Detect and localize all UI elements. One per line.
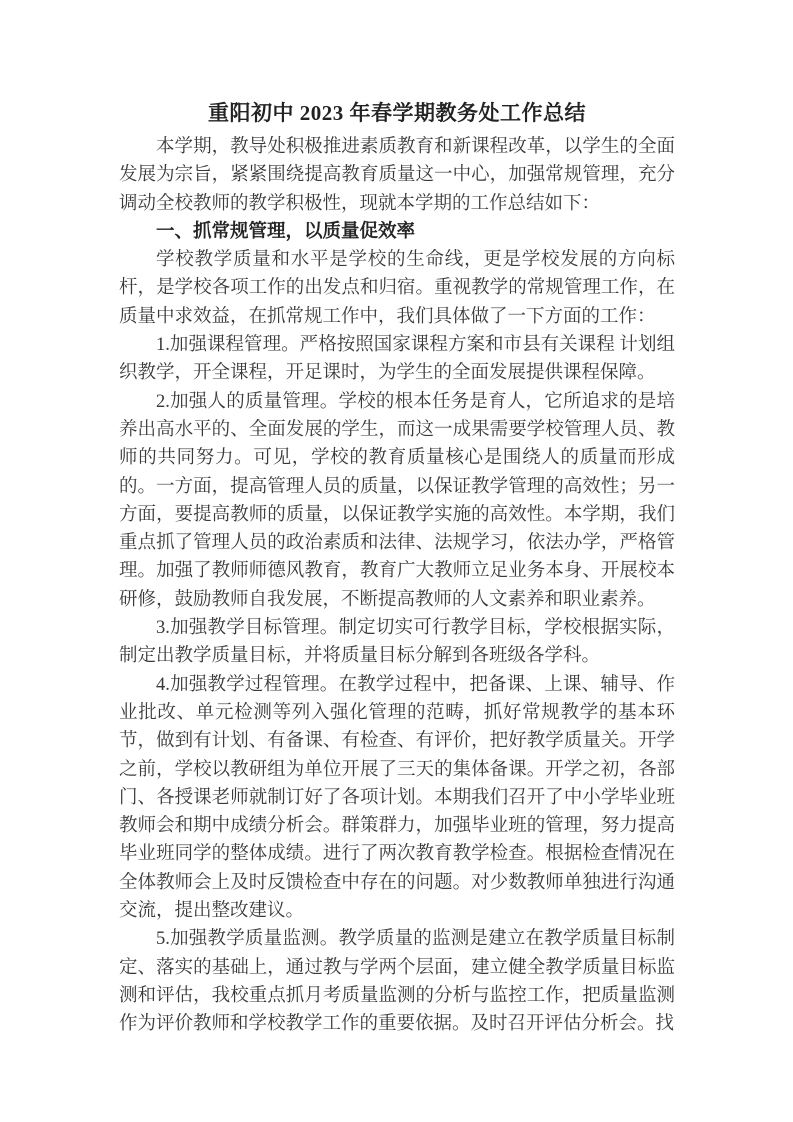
paragraph-item-4-teaching-process: 4.加强教学过程管理。在教学过程中，把备课、上课、辅导、作业批改、单元检测等列入… <box>119 671 675 926</box>
document-title: 重阳初中 2023 年春学期教务处工作总结 <box>119 96 675 130</box>
paragraph-intro: 本学期，教导处积极推进素质教育和新课程改革，以学生的全面发展为宗旨，紧紧围绕提高… <box>119 133 675 218</box>
paragraph-section-overview: 学校教学质量和水平是学校的生命线，更是学校发展的方向标杆，是学校各项工作的出发点… <box>119 246 675 331</box>
paragraph-item-3-teaching-goals: 3.加强教学目标管理。制定切实可行教学目标，学校根据实际，制定出教学质量目标，并… <box>119 614 675 671</box>
document-content: 重阳初中 2023 年春学期教务处工作总结 本学期，教导处积极推进素质教育和新课… <box>119 96 675 1039</box>
paragraph-item-1-curriculum-management: 1.加强课程管理。严格按照国家课程方案和市县有关课程 计划组织教学，开全课程，开… <box>119 331 675 388</box>
paragraph-item-5-quality-monitoring: 5.加强教学质量监测。教学质量的监测是建立在教学质量目标制定、落实的基础上，通过… <box>119 925 675 1038</box>
document-page: 重阳初中 2023 年春学期教务处工作总结 本学期，教导处积极推进素质教育和新课… <box>0 0 793 1122</box>
paragraph-item-2-personnel-quality: 2.加强人的质量管理。学校的根本任务是育人，它所追求的是培养出高水平的、全面发展… <box>119 388 675 614</box>
section-heading-1: 一、抓常规管理，以质量促效率 <box>119 218 675 246</box>
